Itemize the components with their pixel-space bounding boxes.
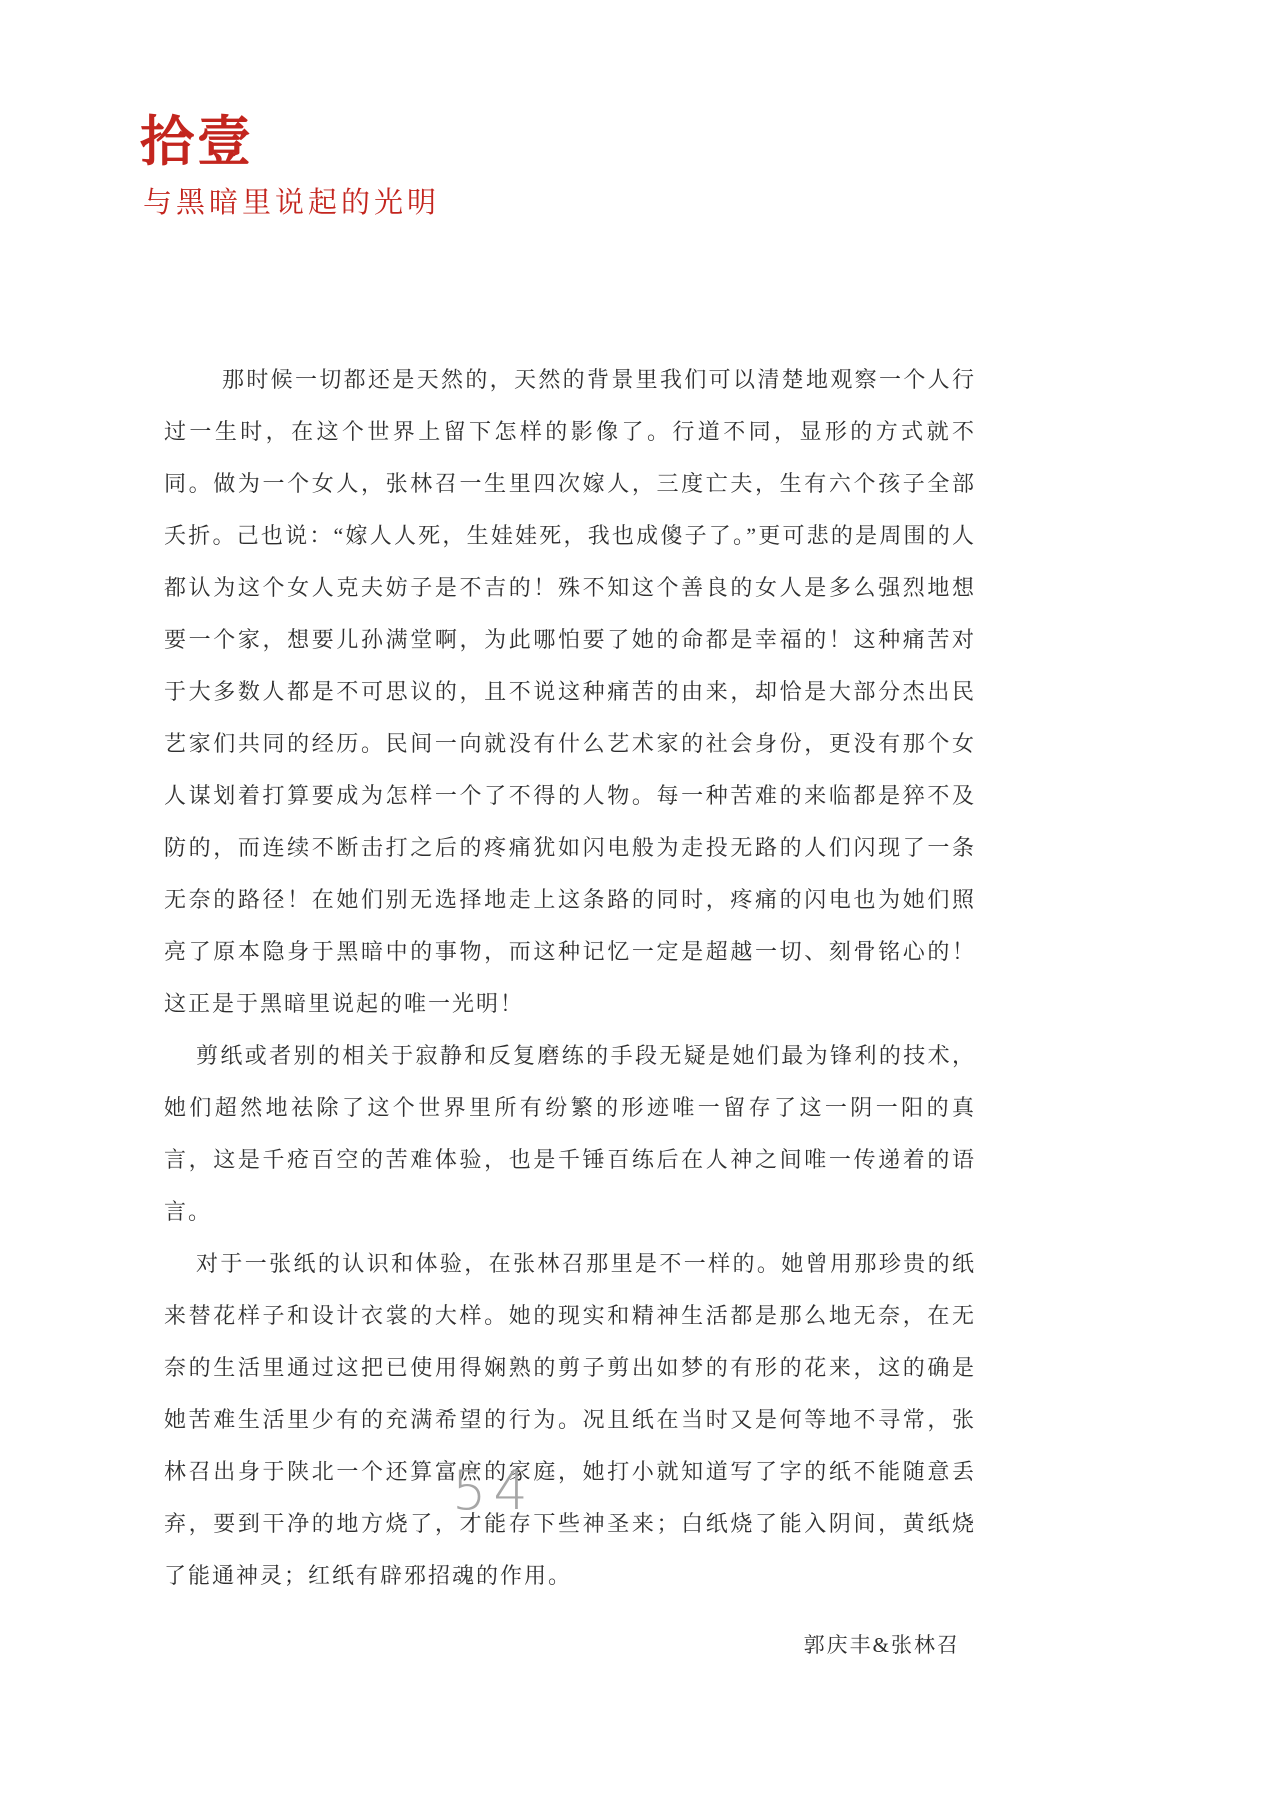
- body-paragraph: 那时候一切都还是天然的，天然的背景里我们可以清楚地观察一个人行过一生时，在这个世…: [164, 354, 976, 1030]
- article-body: 那时候一切都还是天然的，天然的背景里我们可以清楚地观察一个人行过一生时，在这个世…: [164, 354, 976, 1666]
- body-paragraph: 对于一张纸的认识和体验，在张林召那里是不一样的。她曾用那珍贵的纸来替花样子和设计…: [164, 1238, 976, 1602]
- chapter-number: 拾壹: [140, 112, 254, 172]
- author-signature: 郭庆丰&张林召: [164, 1624, 976, 1666]
- body-paragraph: 剪纸或者别的相关于寂静和反复磨练的手段无疑是她们最为锋利的技术，她们超然地祛除了…: [164, 1030, 976, 1238]
- chapter-title: 与黑暗里说起的光明: [143, 184, 440, 222]
- page-number: 54: [452, 1462, 535, 1520]
- document-page: 拾壹 与黑暗里说起的光明 那时候一切都还是天然的，天然的背景里我们可以清楚地观察…: [0, 0, 1280, 1810]
